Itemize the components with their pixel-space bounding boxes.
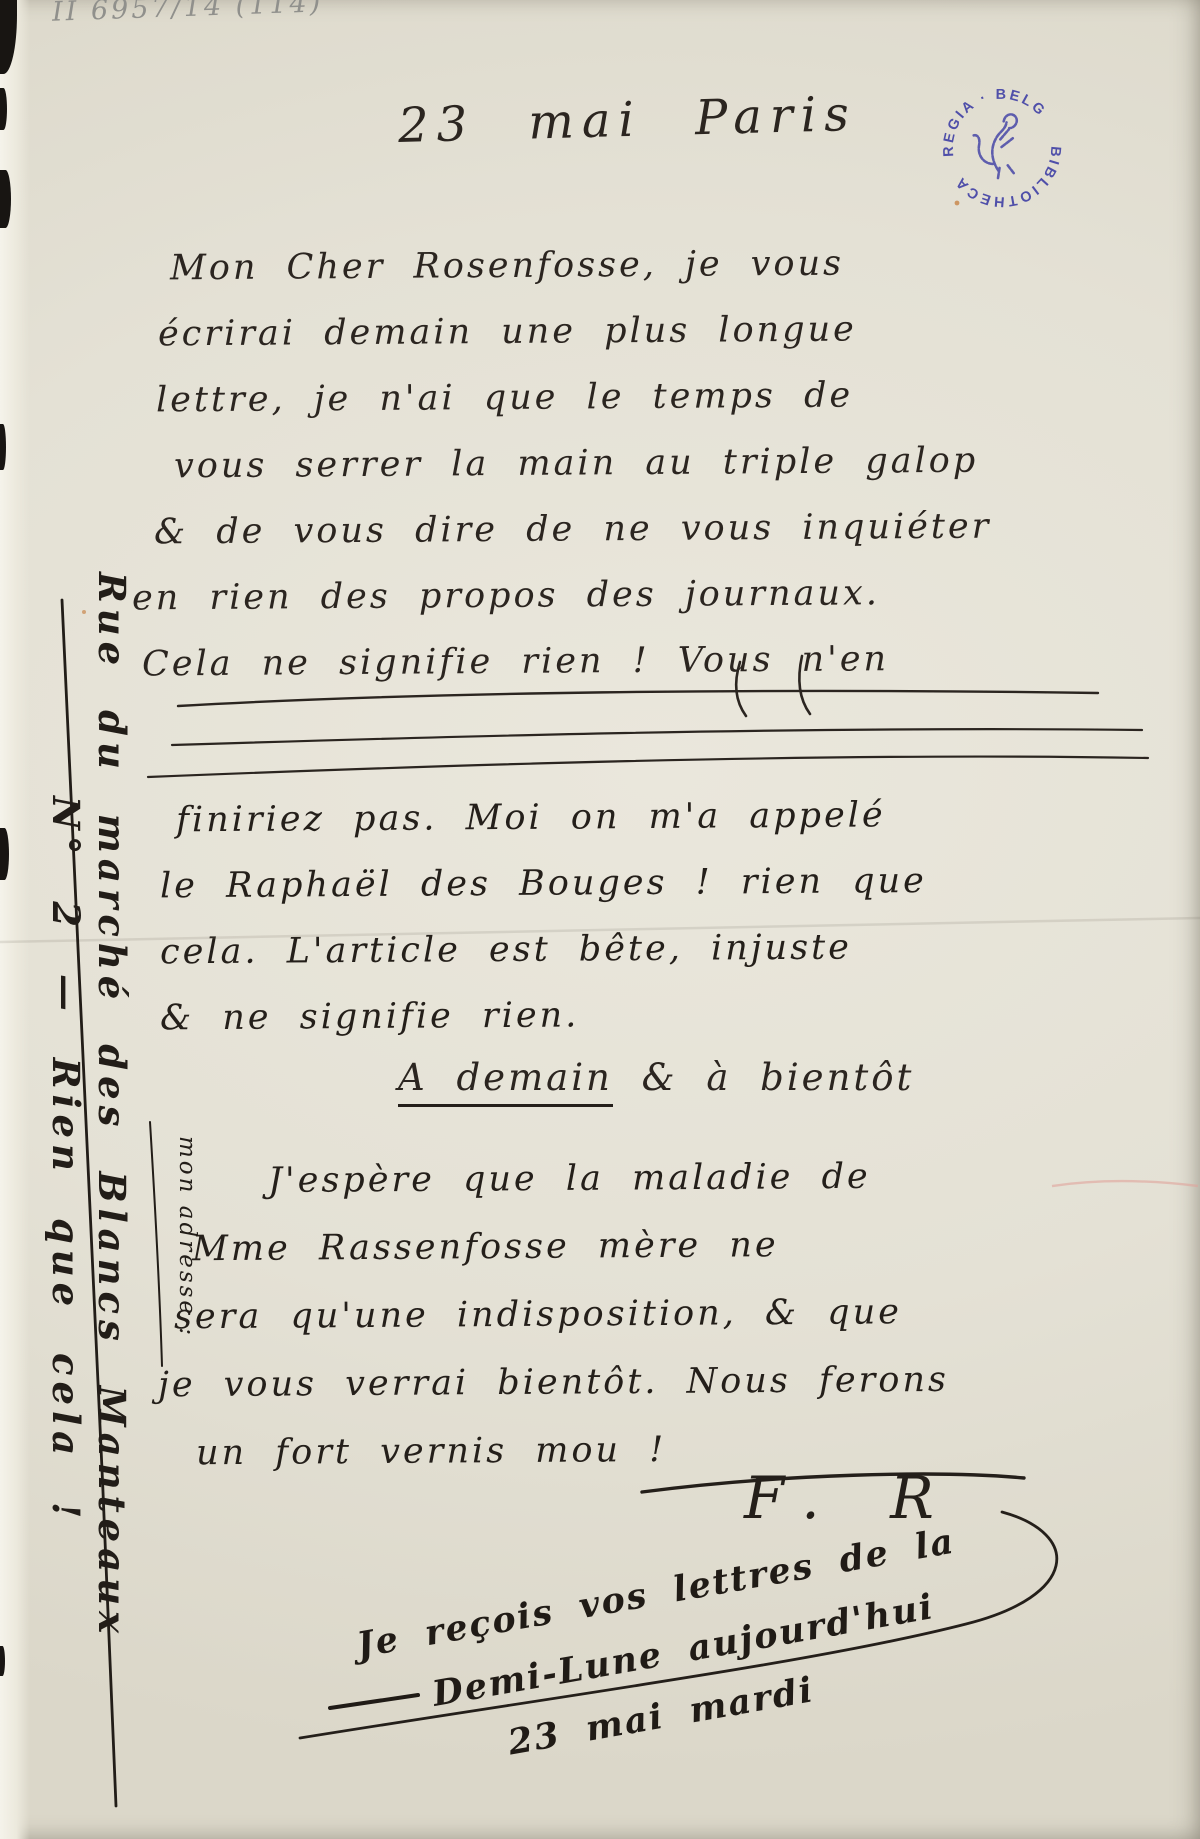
torn-paper-edge xyxy=(0,0,30,1839)
edge-tear-mark xyxy=(0,170,11,228)
closing-rest-text: & à bientôt xyxy=(613,1056,915,1099)
stamp-arc-bottom-text: BIBLIOTHECA xyxy=(950,130,1079,229)
letter-line: en rien des propos des journaux. xyxy=(132,559,1128,632)
letter-line: sera qu'une indisposition, & que xyxy=(174,1277,1128,1352)
margin-address-line: Rue du marché des Blancs Manteaux xyxy=(90,572,134,1639)
edge-tear-mark xyxy=(0,1646,5,1676)
letter-scan-page: II 6957/14 (114) 23 mai Paris REGIA · BE… xyxy=(0,0,1200,1839)
closing-line: A demain & à bientôt xyxy=(398,1056,914,1099)
letter-line: un fort vernis mou ! xyxy=(196,1413,1128,1488)
paragraph-2: finiriez pas. Moi on m'a appelé le Rapha… xyxy=(148,784,1128,1048)
letter-line: Mme Rassenfosse mère ne xyxy=(192,1209,1128,1284)
margin-insert-note: mon adresse : xyxy=(174,1136,200,1338)
edge-tear-mark xyxy=(0,0,17,74)
letter-line: finiriez pas. Moi on m'a appelé xyxy=(176,781,1128,854)
margin-number-line: N° 2 — Rien que cela ! xyxy=(44,796,88,1524)
dateline: 23 mai Paris xyxy=(397,86,857,154)
letter-line: écrirai demain une plus longue xyxy=(158,295,1128,368)
letter-line: lettre, je n'ai que le temps de xyxy=(156,361,1128,434)
library-stamp: REGIA · BELGICA BIBLIOTHECA xyxy=(917,63,1087,233)
letter-line: & de vous dire de ne vous inquiéter xyxy=(154,493,1128,566)
letter-line: je vous verrai bientôt. Nous ferons xyxy=(158,1345,1128,1420)
postscript-note: Je reçois vos lettres de la Demi-Lune au… xyxy=(352,1511,981,1797)
stamp-arc-top-text: REGIA · BELGICA xyxy=(917,63,1052,169)
foxing-speck xyxy=(82,610,86,614)
stamp-lion-emblem xyxy=(970,112,1037,182)
letter-line: vous serrer la main au triple galop xyxy=(174,427,1128,500)
letter-line: le Raphaël des Bouges ! rien que xyxy=(160,847,1128,920)
paragraph-3: J'espère que la maladie de Mme Rassenfos… xyxy=(148,1144,1128,1484)
letter-line: & ne signifie rien. xyxy=(160,979,1128,1052)
letter-line: Cela ne signifie rien ! Vous n'en xyxy=(142,625,1128,698)
letter-line: cela. L'article est bête, injuste xyxy=(160,913,1128,986)
edge-tear-mark xyxy=(0,828,9,880)
closing-underlined-text: A demain xyxy=(398,1056,613,1107)
letter-line: Mon Cher Rosenfosse, je vous xyxy=(170,229,1128,302)
edge-tear-mark xyxy=(0,424,6,470)
pencil-shelfmark: II 6957/14 (114) xyxy=(52,0,324,28)
paragraph-1: Mon Cher Rosenfosse, je vous écrirai dem… xyxy=(148,232,1128,694)
edge-tear-mark xyxy=(0,88,7,130)
letter-line: J'espère que la maladie de xyxy=(268,1141,1128,1215)
